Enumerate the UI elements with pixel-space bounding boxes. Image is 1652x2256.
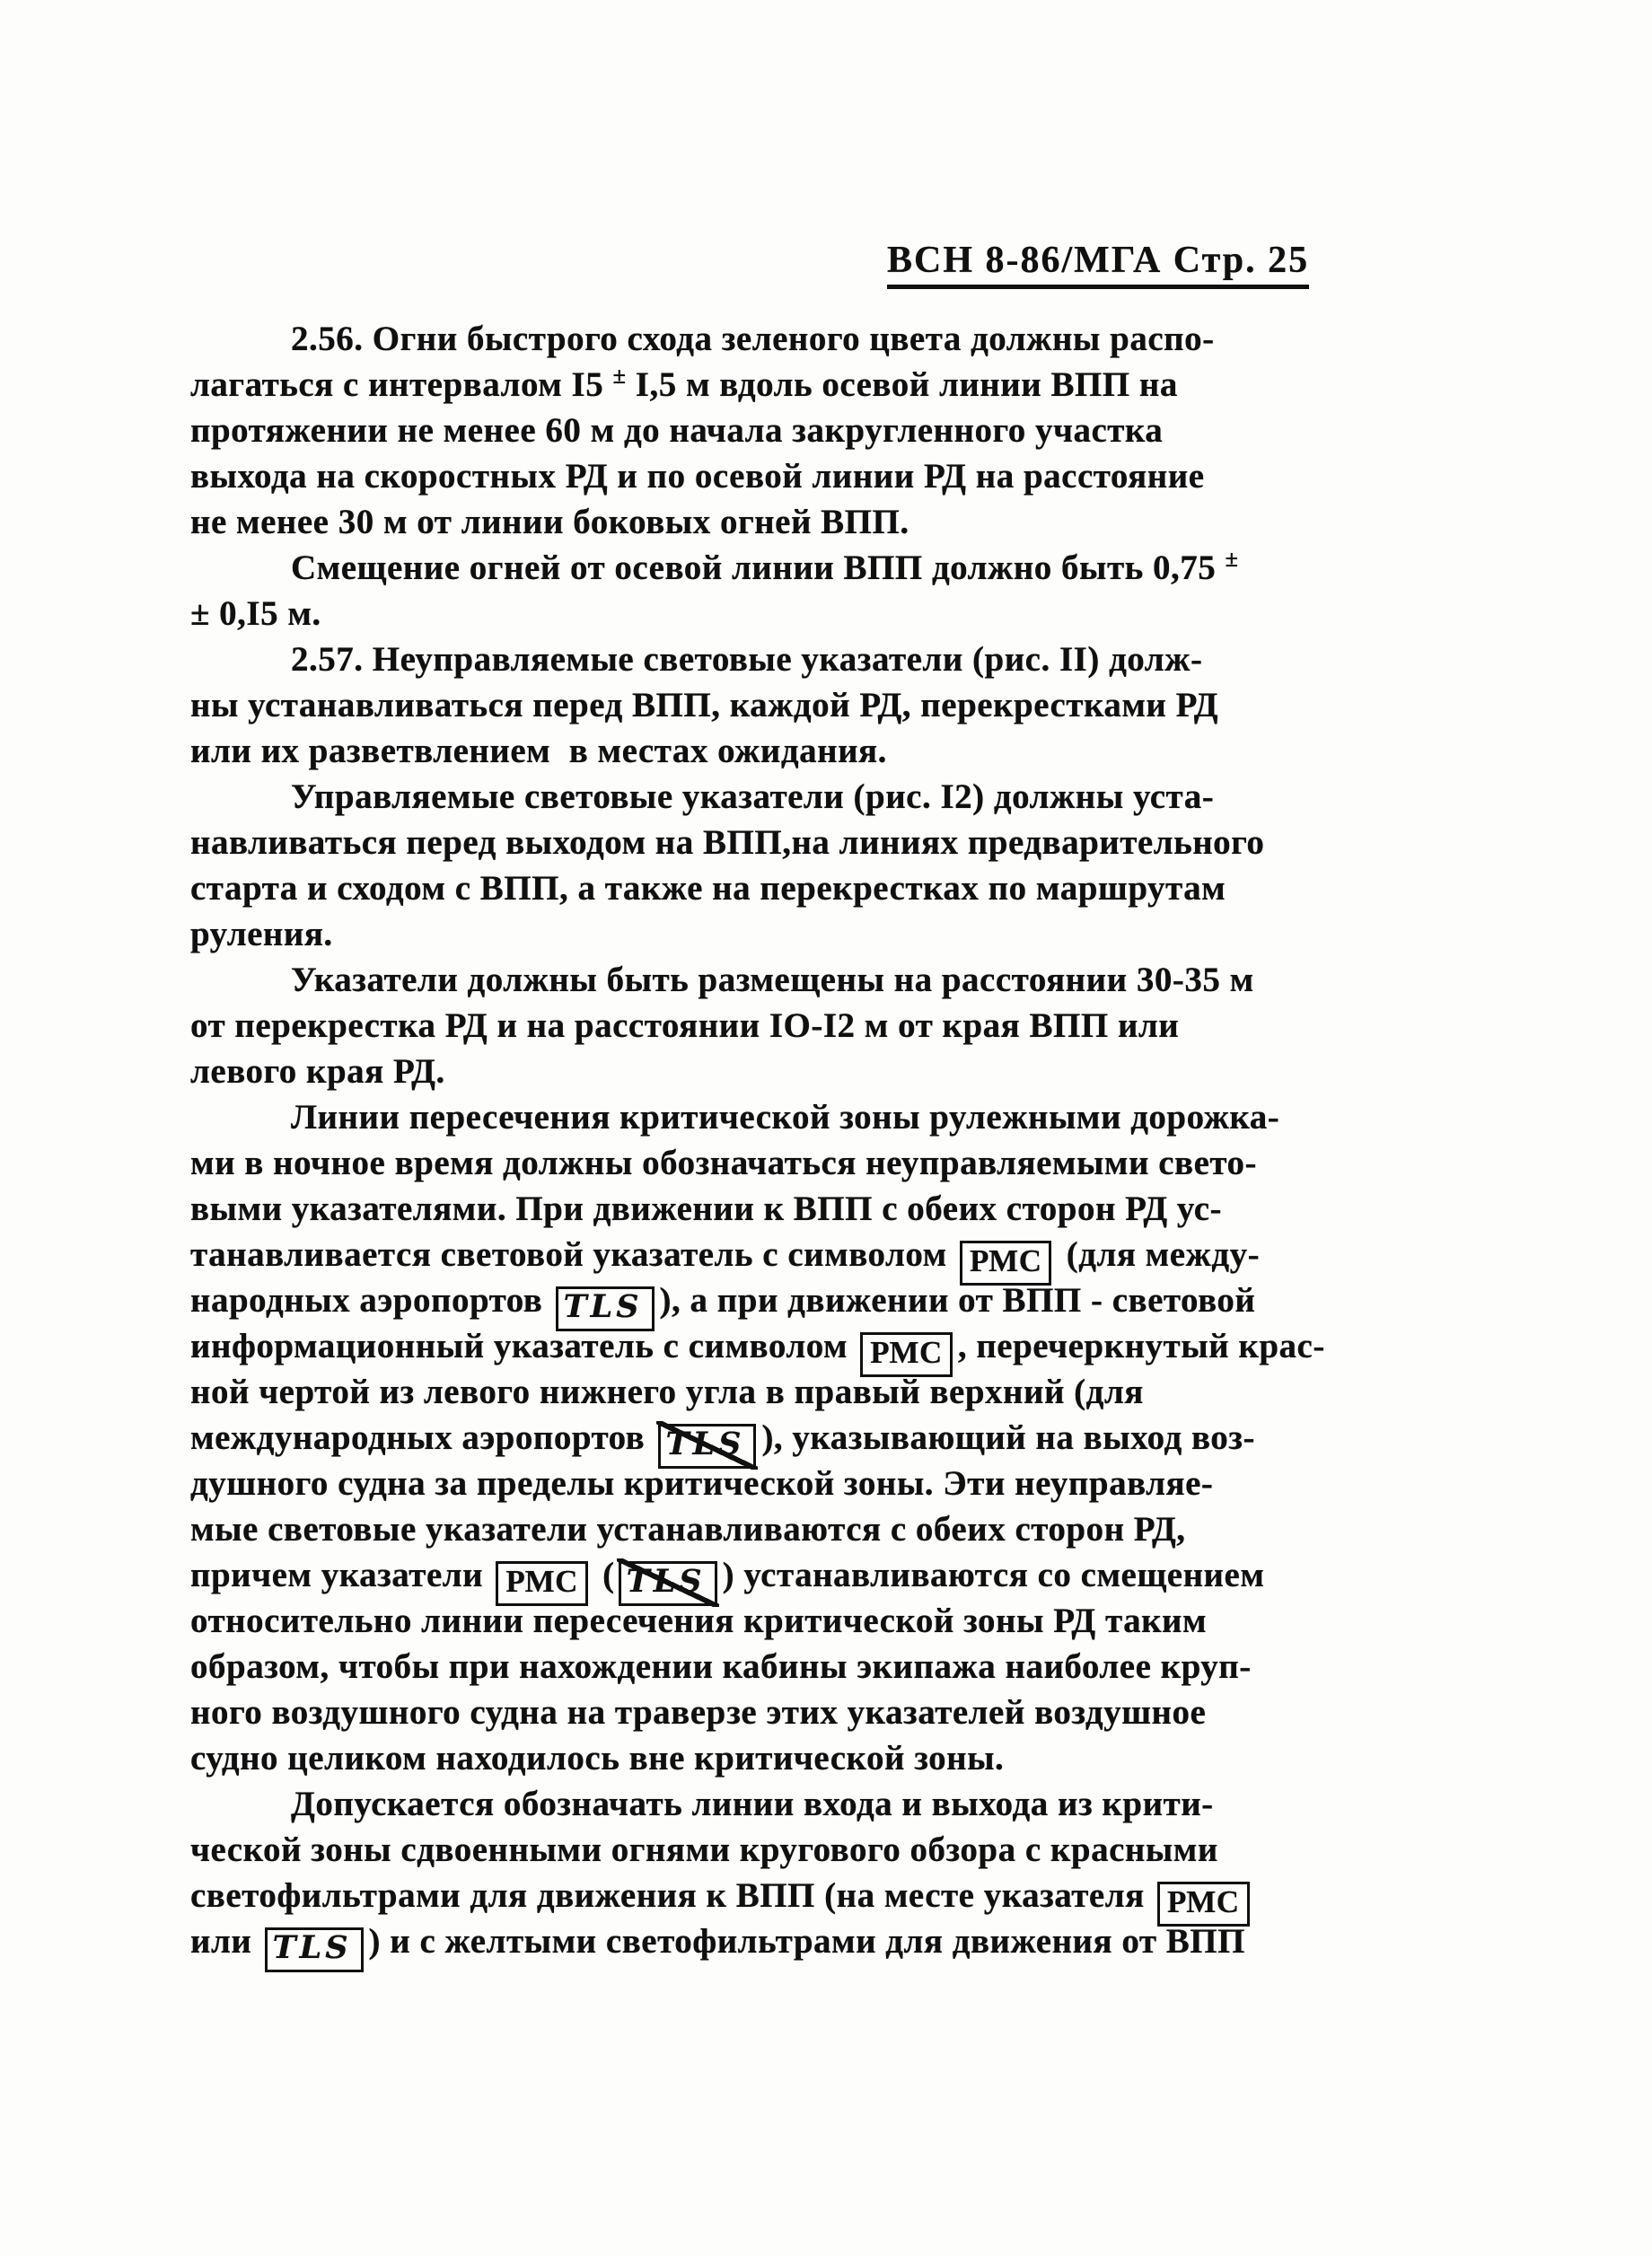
- text-line: от перекрестка РД и на расстоянии IО-I2 …: [190, 1003, 1483, 1049]
- text-line: танавливается световой указатель с симво…: [190, 1232, 1483, 1277]
- text-line: ческой зоны сдвоенными огнями кругового …: [190, 1827, 1483, 1873]
- text-line: Линии пересечения критической зоны рулеж…: [190, 1094, 1483, 1140]
- tls-symbol-box-struck: TLS: [658, 1424, 757, 1469]
- text-line: протяжении не менее 60 м до начала закру…: [190, 408, 1483, 453]
- text-line: народных аэропортов TLS), а при движении…: [190, 1277, 1483, 1323]
- text-line: не менее 30 м от линии боковых огней ВПП…: [190, 499, 1483, 545]
- pmc-symbol-box: РМС: [496, 1561, 588, 1606]
- text-line: Смещение огней от осевой линии ВПП должн…: [190, 545, 1483, 591]
- tls-symbol-box: TLS: [556, 1286, 655, 1331]
- text-line: лагаться с интервалом I5 ± I,5 м вдоль о…: [190, 362, 1483, 408]
- text-line: причем указатели РМС (TLS) устанавливают…: [190, 1552, 1483, 1598]
- text-line: ного воздушного судна на траверзе этих у…: [190, 1690, 1483, 1735]
- text-line: выхода на скоростных РД и по осевой лини…: [190, 453, 1483, 499]
- text-line: навливаться перед выходом на ВПП,на лини…: [190, 820, 1483, 865]
- pmc-symbol-box: РМС: [960, 1241, 1052, 1286]
- text-line: Указатели должны быть размещены на расст…: [190, 957, 1483, 1003]
- text-line: душного судна за пределы критической зон…: [190, 1461, 1483, 1506]
- text-line: мые световые указатели устанавливаются с…: [190, 1506, 1483, 1552]
- text-line: левого края РД.: [190, 1049, 1483, 1094]
- tls-symbol-box-struck: TLS: [619, 1561, 717, 1606]
- pmc-symbol-box: РМС: [860, 1332, 953, 1377]
- text-line: 2.56. Огни быстрого схода зеленого цвета…: [190, 316, 1483, 362]
- text-line: Допускается обозначать линии входа и вых…: [190, 1781, 1483, 1827]
- text-line: информационный указатель с символом РМС,…: [190, 1323, 1483, 1369]
- text-line: международных аэропортов TLS), указывающ…: [190, 1415, 1483, 1461]
- text-line: ми в ночное время должны обозначаться не…: [190, 1140, 1483, 1186]
- text-line: выми указателями. При движении к ВПП с о…: [190, 1186, 1483, 1232]
- page-header: ВСН 8-86/МГА Стр. 25: [887, 239, 1309, 289]
- text-line: ной чертой из левого нижнего угла в прав…: [190, 1369, 1483, 1415]
- text-line: относительно линии пересечения критическ…: [190, 1598, 1483, 1644]
- text-line: светофильтрами для движения к ВПП (на ме…: [190, 1873, 1483, 1918]
- text-line: образом, чтобы при нахождении кабины эки…: [190, 1644, 1483, 1690]
- tls-symbol-box: TLS: [265, 1927, 364, 1972]
- text-line: руления.: [190, 911, 1483, 957]
- text-line: старта и сходом с ВПП, а также на перекр…: [190, 865, 1483, 911]
- pmc-symbol-box: РМС: [1157, 1882, 1250, 1927]
- scanned-page: ВСН 8-86/МГА Стр. 25 2.56. Огни быстрого…: [0, 0, 1652, 2256]
- plus-minus-superscript: ±: [612, 362, 626, 389]
- plus-minus-superscript: ±: [1226, 545, 1239, 572]
- text-block: 2.56. Огни быстрого схода зеленого цвета…: [190, 316, 1483, 1964]
- text-line: ны устанавливаться перед ВПП, каждой РД,…: [190, 682, 1483, 728]
- text-line: или TLS) и с желтыми светофильтрами для …: [190, 1918, 1483, 1964]
- text-line: судно целиком находилось вне критической…: [190, 1735, 1483, 1781]
- text-line: или их разветвлением в местах ожидания.: [190, 728, 1483, 774]
- text-line: 2.57. Неуправляемые световые указатели (…: [190, 636, 1483, 682]
- text-line: ± 0,I5 м.: [190, 591, 1483, 636]
- text-line: Управляемые световые указатели (рис. I2)…: [190, 774, 1483, 820]
